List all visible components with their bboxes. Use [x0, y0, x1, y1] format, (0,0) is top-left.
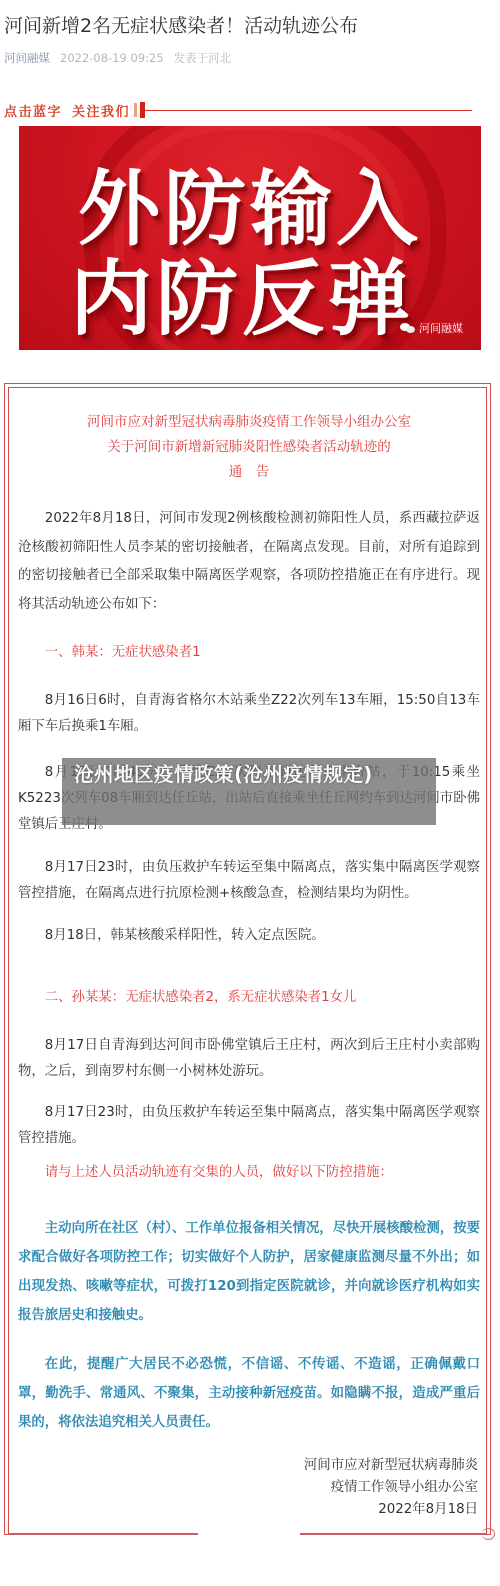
- banner-slogan-1: 外防输入: [19, 164, 481, 256]
- notice-header-line2: 关于河间市新增新冠肺炎阳性感染者活动轨迹的: [18, 435, 480, 460]
- decor-bar-icon: [134, 103, 137, 117]
- frame-gap: [198, 1527, 300, 1541]
- signature-line1: 河间市应对新型冠状病毒肺炎: [18, 1455, 478, 1477]
- notice-header-line3: 通 告: [18, 460, 480, 485]
- case2-paragraph: 8月17日自青海到达河间市卧佛堂镇后王庄村，两次到后王庄村小卖部购物，之后，到南…: [18, 1033, 480, 1085]
- notice-signature: 河间市应对新型冠状病毒肺炎 疫情工作领导小组办公室 2022年8月18日: [18, 1455, 478, 1521]
- author-link[interactable]: 河间融媒: [4, 51, 50, 65]
- notice-header: 河间市应对新型冠状病毒肺炎疫情工作领导小组办公室 关于河间市新增新冠肺炎阳性感染…: [18, 410, 480, 485]
- follow-bar: 点击蓝字关注我们: [4, 100, 472, 120]
- follow-text-1: 点击蓝字: [4, 105, 62, 120]
- measures-text: 主动向所在社区（村）、工作单位报备相关情况，尽快开展核酸检测，按要求配合做好各项…: [18, 1214, 480, 1330]
- caption-text: 沧州地区疫情政策(沧州疫情规定): [74, 760, 434, 790]
- watermark-text: 河间融媒: [419, 320, 463, 336]
- case1-heading: 一、韩某：无症状感染者1: [18, 640, 480, 666]
- case2-paragraph: 8月17日23时，由负压救护车转运至集中隔离点，落实集中隔离医学观察管控措施。: [18, 1100, 480, 1152]
- case2-heading: 二、孙某某：无症状感染者2，系无症状感染者1女儿: [18, 985, 480, 1011]
- case1-paragraph: 8月18日，韩某核酸采样阳性，转入定点医院。: [18, 923, 480, 949]
- publish-date: 2022-08-19 09:25: [60, 51, 164, 65]
- article-title: 河间新增2名无症状感染者！活动轨迹公布: [4, 14, 496, 38]
- article-meta: 河间融媒2022-08-19 09:25发表于河北: [4, 50, 231, 66]
- notice-header-line1: 河间市应对新型冠状病毒肺炎疫情工作领导小组办公室: [18, 410, 480, 435]
- follow-text[interactable]: 点击蓝字关注我们: [4, 101, 130, 120]
- reminder-text: 在此，提醒广大居民不必恐慌，不信谣、不传谣、不造谣，正确佩戴口罩，勤洗手、常通风…: [18, 1350, 480, 1437]
- publish-location: 发表于河北: [174, 51, 232, 65]
- measures-heading: 请与上述人员活动轨迹有交集的人员，做好以下防控措施：: [18, 1160, 480, 1186]
- notice-intro: 2022年8月18日，河间市发现2例核酸检测初筛阳性人员，系西藏拉萨返沧核酸初筛…: [18, 505, 480, 619]
- case1-paragraph: 8月16日6时，自青海省格尔木站乘坐Z22次列车13车厢，15:50自13车厢下…: [18, 688, 480, 740]
- banner-watermark: 河间融媒: [400, 320, 463, 336]
- signature-date: 2022年8月18日: [18, 1499, 478, 1521]
- signature-line2: 疫情工作领导小组办公室: [18, 1477, 478, 1499]
- divider-line: [145, 110, 472, 111]
- banner-image: 外防输入 内防反弹 河间融媒: [19, 126, 481, 350]
- case1-paragraph: 8月17日23时，由负压救护车转运至集中隔离点，落实集中隔离医学观察管控措施，在…: [18, 855, 480, 907]
- follow-text-2: 关注我们: [72, 105, 130, 120]
- wechat-icon: [400, 323, 416, 334]
- caption-overlay: 沧州地区疫情政策(沧州疫情规定): [62, 758, 436, 825]
- frame-curl-icon: [482, 1528, 495, 1540]
